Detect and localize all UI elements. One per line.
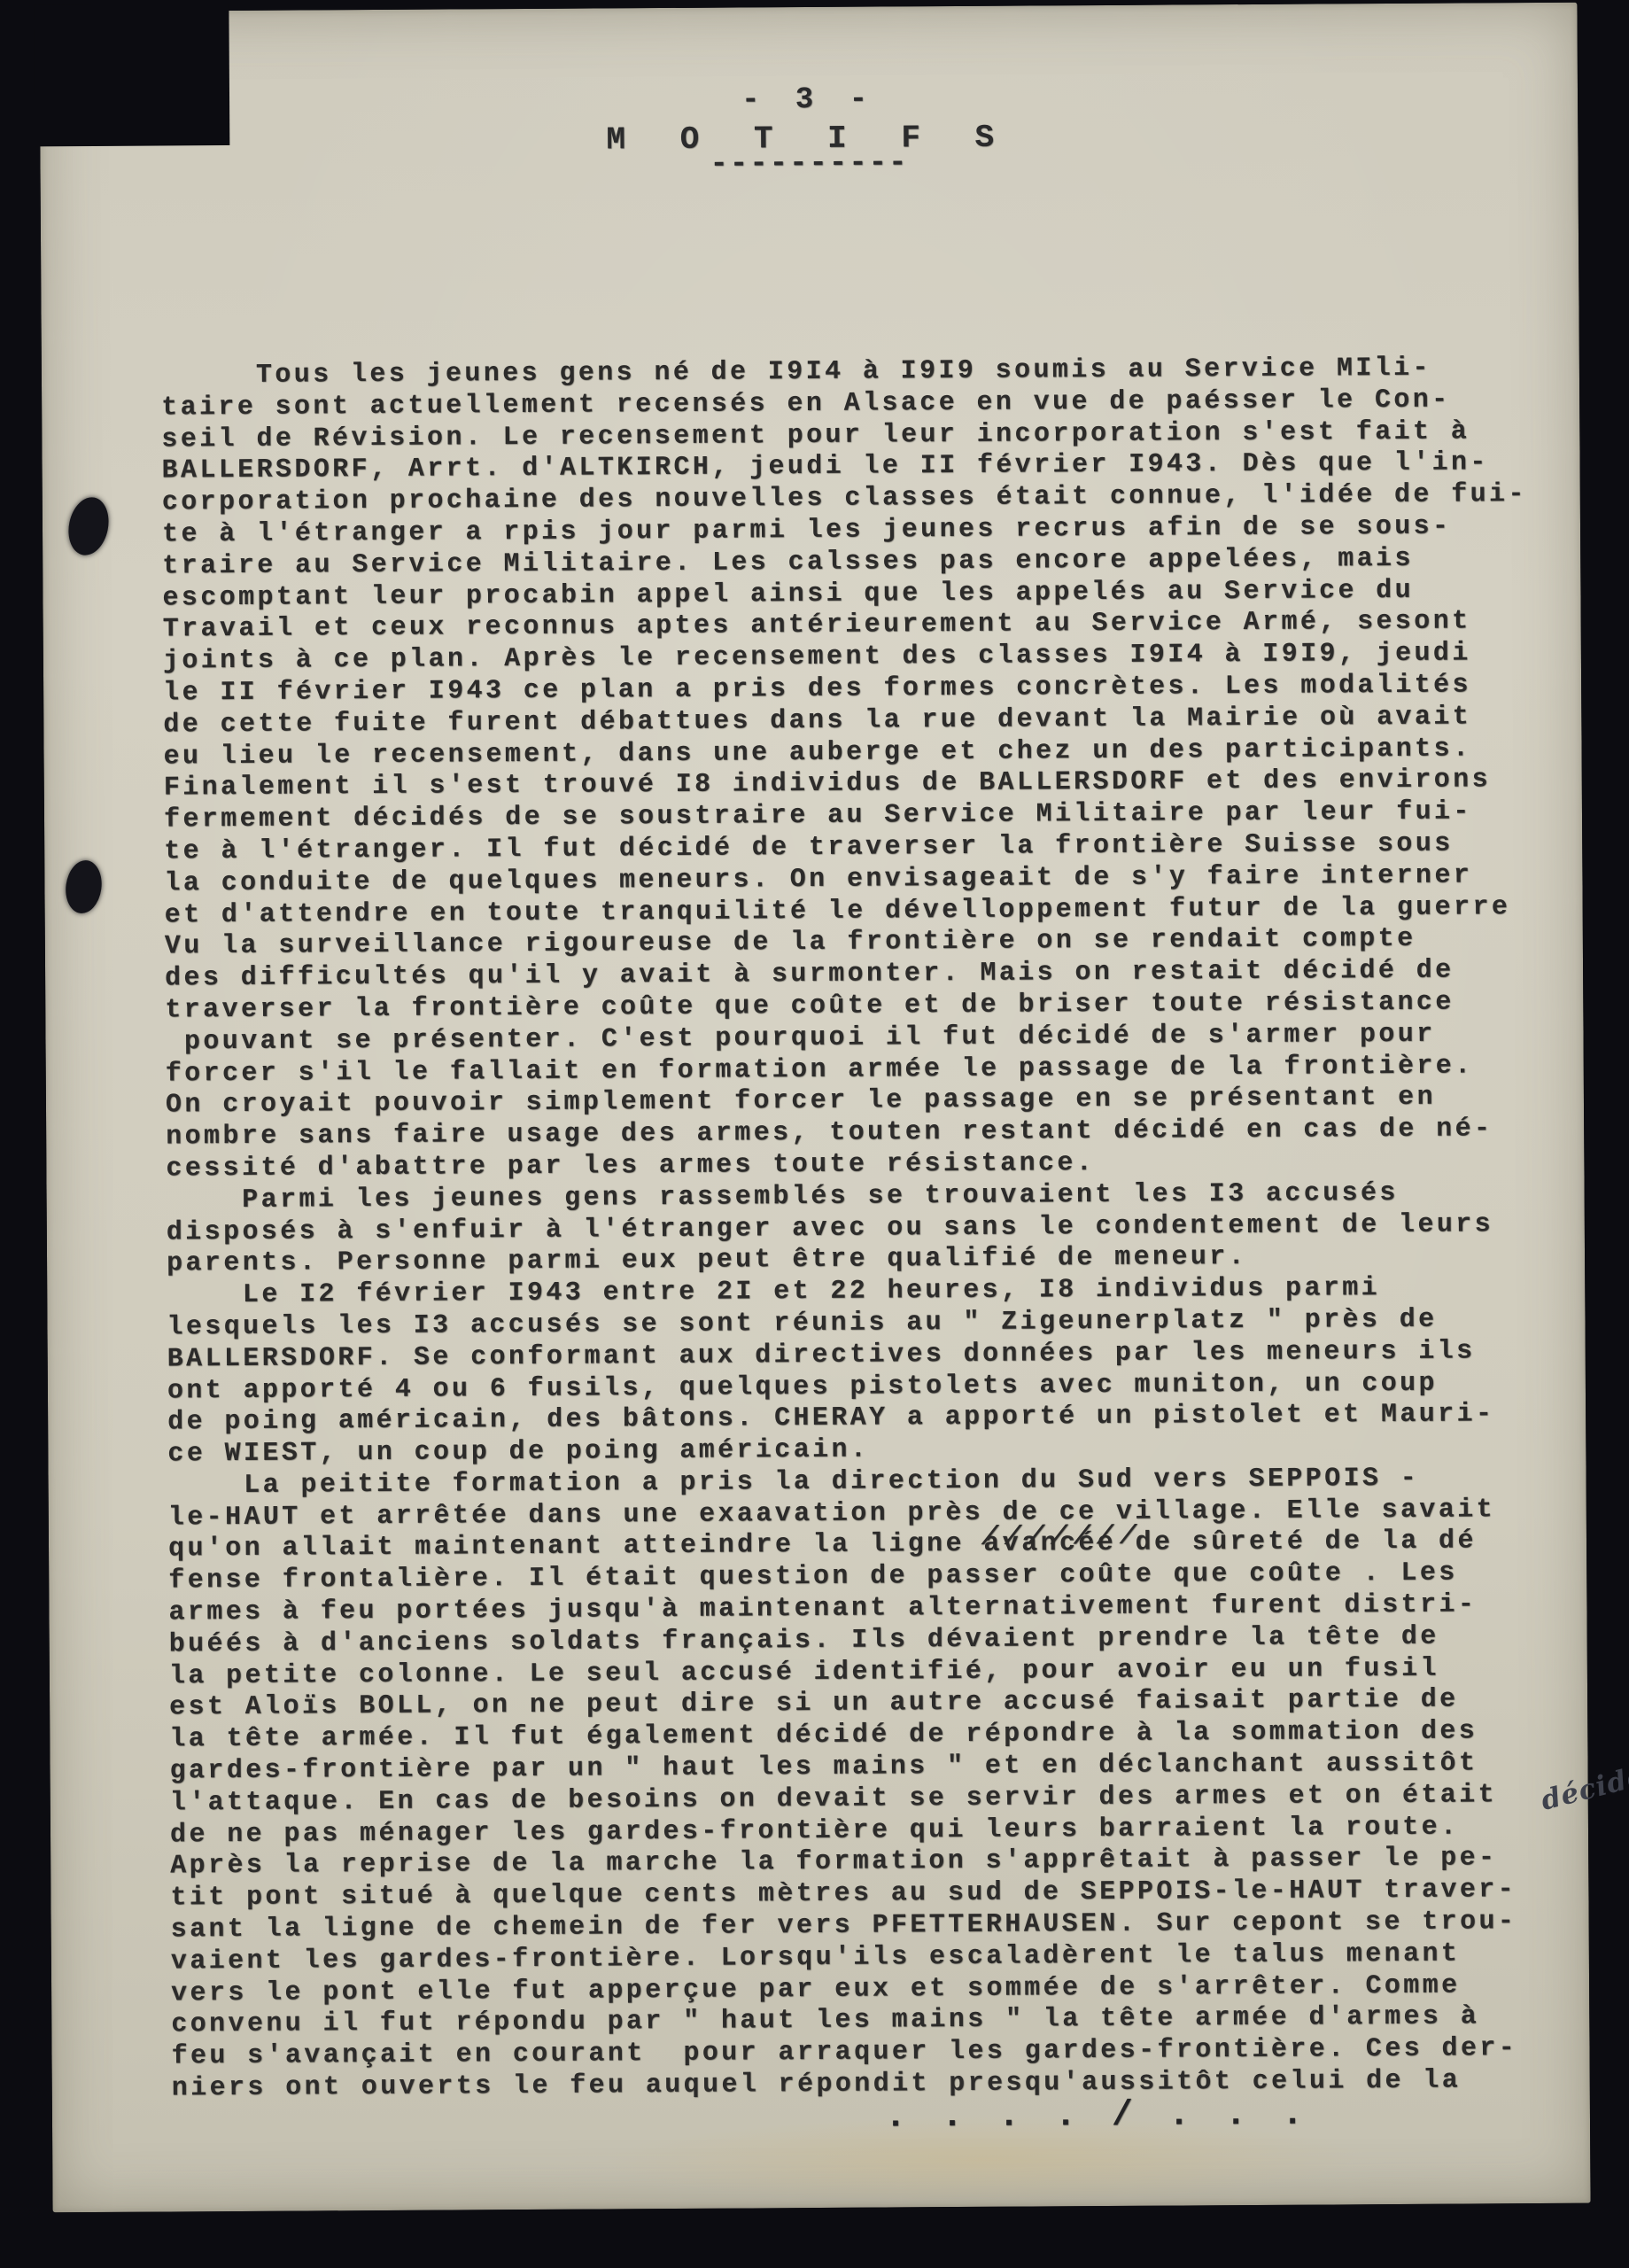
page-number: - 3 - — [40, 79, 1578, 122]
strikethrough-overlay: /////// — [978, 1522, 1146, 1553]
document-body: Tous les jeunes gens né de I9I4 à I9I9 s… — [161, 353, 1576, 2105]
continuation-mark: . . . . / . . . — [885, 2095, 1310, 2138]
punch-hole — [63, 858, 105, 916]
punch-hole — [64, 493, 113, 559]
document-page: - 3 - M O T I F S ---------- Tous les je… — [39, 3, 1590, 2213]
scanned-document-screenshot: { "page": { "page_number": "- 3 -", "tit… — [0, 0, 1629, 2268]
